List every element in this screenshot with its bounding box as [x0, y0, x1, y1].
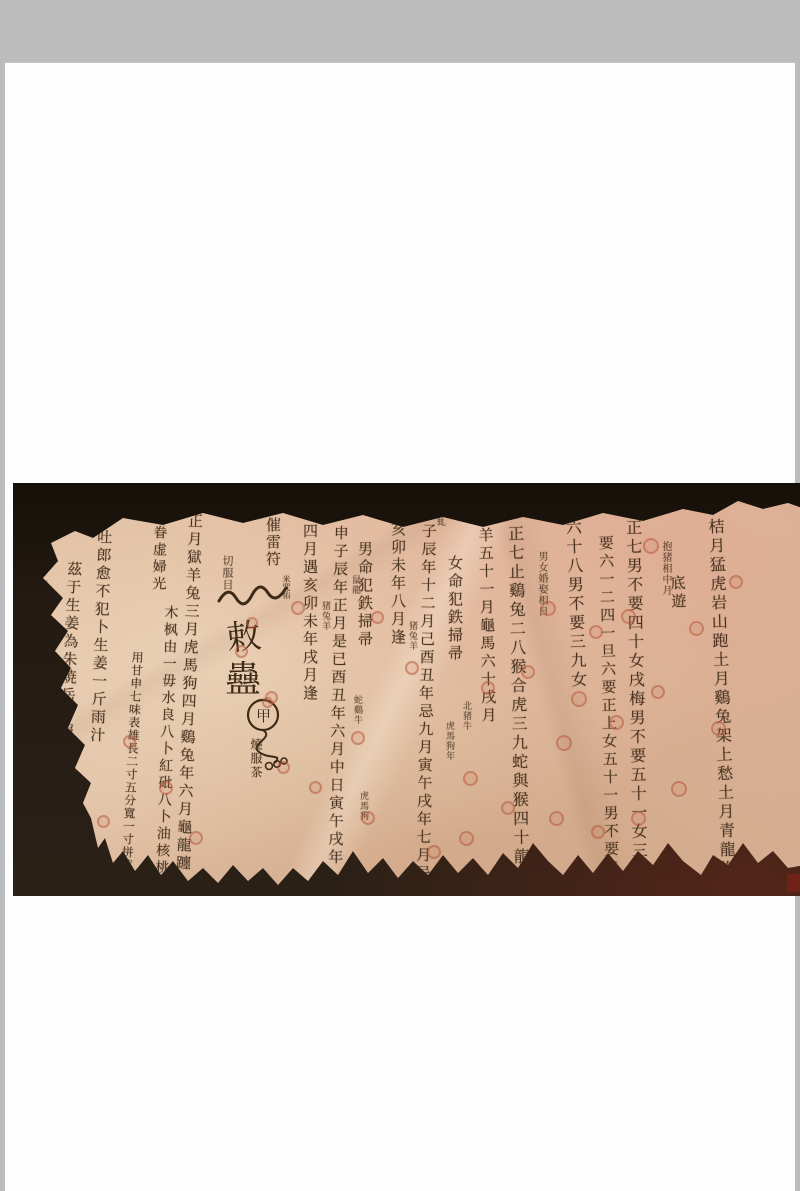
seal-mark — [556, 735, 572, 751]
annotation-column: 蛇鷄牛 — [351, 695, 364, 725]
seal-mark — [591, 825, 605, 839]
seal-mark — [671, 781, 687, 797]
seal-mark — [361, 811, 375, 825]
seal-mark — [463, 771, 478, 786]
seal-mark — [235, 645, 248, 658]
text-column: 正七男不要四十女戌梅男不要五十一女三九男不 — [622, 519, 652, 896]
text-column: 男命犯鉄掃帚 — [355, 541, 376, 649]
text-column: 正七止鷄兔二八猴合虎三九蛇與猴四十龍合狗牛 — [504, 525, 534, 896]
seal-mark — [371, 611, 384, 624]
manuscript-paper: 催雷符 米咒佑 敕 蠱 甲 燒服茶 桔月猛虎岩山跑土月鷄兔架上愁土月青龍海底遊正… — [13, 483, 800, 896]
text-column: 六十八男不要三九女 — [561, 519, 590, 691]
seal-mark — [689, 621, 704, 636]
annotation-column: 猪兔羊 — [319, 601, 332, 631]
talisman-glyph-mid: 蠱 — [225, 659, 261, 700]
seal-mark — [309, 781, 322, 794]
seal-mark — [123, 735, 136, 748]
talisman-title: 催雷符 — [263, 517, 284, 568]
seal-mark — [351, 731, 365, 745]
text-column: 上鎮符傷卜黄柔一卜生半夏 — [26, 531, 52, 724]
text-column: 茲于生姜為朱焼岳冲服廣效 — [53, 561, 85, 778]
manuscript-photo: 催雷符 米咒佑 敕 蠱 甲 燒服茶 桔月猛虎岩山跑土月鷄兔架上愁土月青龍海底遊正… — [13, 483, 800, 896]
seal-mark — [609, 715, 624, 730]
seal-mark — [549, 811, 564, 826]
text-column: 用甘申七味表雄長二寸五分寬一寸拼薬袋以 — [117, 651, 147, 896]
text-column: 女命犯鉄掃帚 — [445, 555, 466, 663]
seal-mark — [277, 761, 290, 774]
talisman-footer: 燒服茶 — [248, 738, 265, 780]
annotation-column: 北猪牛 — [460, 701, 473, 731]
text-column: 桔月猛虎岩山跑土月鷄兔架上愁土月青龍海 — [704, 518, 740, 880]
seal-mark — [729, 575, 743, 589]
seal-mark — [481, 681, 495, 695]
seal-mark — [643, 538, 659, 554]
annotation-column: 煙亀虬 — [434, 497, 447, 527]
annotation-column: 鼠龍 — [349, 575, 362, 595]
seal-mark — [521, 665, 535, 679]
annotation-column: 抱猪相中月 — [658, 541, 673, 596]
seal-mark — [589, 625, 603, 639]
text-column: 申子辰年十二月己酉丑年忌九月寅午戌年七月忌 — [413, 505, 441, 883]
text-column: 半夏一中為末冲服 — [45, 708, 69, 821]
seal-mark — [631, 811, 646, 826]
text-column: 厥眷虚婦光 — [148, 508, 169, 593]
annotation-column: 切服目 — [219, 555, 235, 591]
seal-mark — [501, 801, 515, 815]
text-column: 正月獄羊兔三月虎馬狗四月鷄兔年六月龜龍躔 — [173, 513, 207, 874]
annotation-column: 虎馬狗年 — [443, 721, 456, 761]
text-column: 嘔吐郎愈不犯卜生姜一斤雨汁 — [87, 511, 116, 746]
viewer-canvas: 催雷符 米咒佑 敕 蠱 甲 燒服茶 桔月猛虎岩山跑土月鷄兔架上愁土月青龍海底遊正… — [0, 0, 800, 1191]
annotation-column: 猪兔羊 — [406, 621, 419, 651]
seal-mark — [97, 815, 110, 828]
seal-mark — [621, 609, 636, 624]
talisman-glyph-circle: 甲 — [256, 707, 271, 725]
seal-mark — [405, 661, 419, 675]
seal-mark — [571, 691, 587, 707]
seal-mark — [711, 721, 726, 736]
seal-mark — [651, 685, 665, 699]
seal-mark — [291, 601, 305, 615]
text-column: 羊五十一月龜馬六十戌月 — [475, 527, 499, 725]
seal-mark — [159, 781, 173, 795]
text-column: 申子辰年正月是已酉丑年六月中日寅午戌年 — [325, 525, 352, 867]
seal-mark — [427, 845, 441, 859]
seal-mark — [262, 697, 273, 708]
red-corner-label — [787, 874, 800, 892]
text-column: 四月遇亥卯未年戌月逢 — [300, 523, 321, 703]
seal-mark — [541, 601, 556, 616]
seal-mark — [459, 831, 474, 846]
seal-mark — [246, 617, 258, 629]
seal-mark — [189, 831, 203, 845]
scan-page: 催雷符 米咒佑 敕 蠱 甲 燒服茶 桔月猛虎岩山跑土月鷄兔架上愁土月青龍海底遊正… — [5, 62, 795, 1191]
